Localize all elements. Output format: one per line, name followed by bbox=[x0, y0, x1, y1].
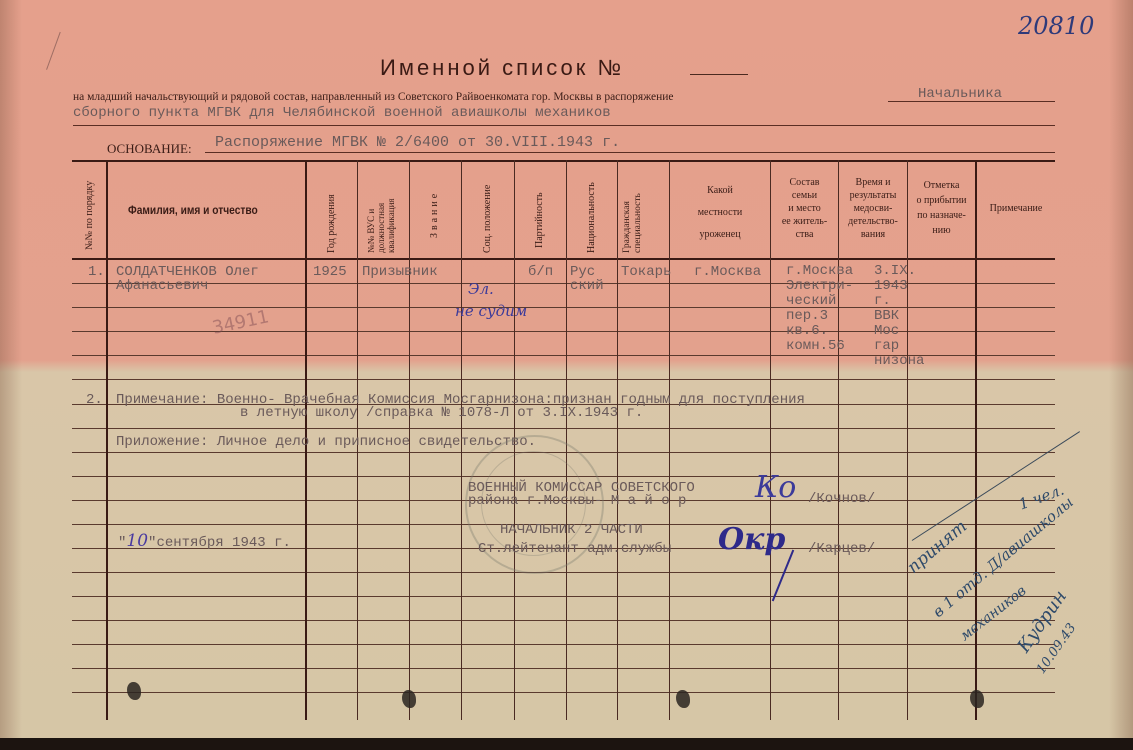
header-social: Соц. положение bbox=[482, 185, 493, 253]
chief-signature: Окр bbox=[718, 522, 785, 557]
remarks-num: 2. bbox=[86, 392, 103, 408]
cell-medical-line: 1943 bbox=[874, 279, 924, 294]
date-day: 10 bbox=[126, 531, 148, 551]
col-divider bbox=[838, 160, 839, 720]
basis-value: Распоряжение МГВК № 2/6400 от 30.VIII.19… bbox=[215, 134, 620, 151]
cell-medical-line: низона bbox=[874, 354, 924, 369]
cell-medical: 3.IX. 1943 г. ВВК Мос гар низона bbox=[874, 264, 924, 369]
header-arrival-line: о прибытии bbox=[908, 193, 975, 208]
header-family-line: ее житель- bbox=[771, 215, 838, 228]
cell-name-line2: Афанасьевич bbox=[116, 278, 208, 294]
basis-line bbox=[205, 152, 1055, 153]
cell-party: б/п bbox=[528, 264, 553, 280]
addressee-line-2 bbox=[73, 125, 1055, 126]
header-arrival: Отметка о прибытии по назначе- нию bbox=[908, 178, 975, 238]
cell-social-handwritten-1: Эл. bbox=[468, 280, 494, 298]
header-civil-spec: Гражданская специальность bbox=[622, 163, 644, 253]
cell-social-handwritten-2: не судим bbox=[455, 302, 527, 320]
header-birthplace-line: уроженец bbox=[670, 224, 770, 246]
scan-background bbox=[0, 738, 1133, 750]
cell-medical-line: г. bbox=[874, 294, 924, 309]
cell-name-pencil: 34911 bbox=[210, 306, 270, 338]
header-vus-text: №№ ВУС и должностная квалификация bbox=[366, 198, 396, 253]
header-civil-spec-text: Гражданская специальность bbox=[622, 193, 643, 253]
col-divider bbox=[770, 160, 771, 720]
header-family: Состав семьи и место ее житель- ства bbox=[771, 176, 838, 241]
chief-title-line2: Ст.лейтенант адм.службы bbox=[478, 541, 671, 557]
header-family-line: семьи bbox=[771, 189, 838, 202]
cell-medical-line: Мос bbox=[874, 324, 924, 339]
header-birthplace-line: Какой bbox=[670, 180, 770, 202]
punch-hole bbox=[970, 690, 984, 708]
header-party: Партийность bbox=[534, 192, 545, 248]
cell-civil-spec: Токарь bbox=[621, 264, 671, 280]
header-note: Примечание bbox=[976, 202, 1056, 215]
sign-date: "10"сентября 1943 г. bbox=[118, 531, 291, 551]
chief-title-line1: НАЧАЛЬНИК 2 ЧАСТИ bbox=[500, 522, 643, 538]
header-arrival-line: по назначе- bbox=[908, 208, 975, 223]
cell-birthplace: г.Москва bbox=[694, 264, 761, 280]
header-family-line: ства bbox=[771, 228, 838, 241]
cell-medical-line: 3.IX. bbox=[874, 264, 924, 279]
cell-family-line: Электри- bbox=[786, 279, 853, 294]
col-divider bbox=[617, 160, 618, 720]
header-arrival-line: Отметка bbox=[908, 178, 975, 193]
commissar-signature: Ко bbox=[755, 470, 796, 505]
header-name: Фамилия, имя и отчество bbox=[128, 203, 258, 217]
header-num: №№ по порядку bbox=[84, 181, 95, 250]
cell-vus: Призывник bbox=[362, 264, 438, 280]
punch-hole bbox=[402, 690, 416, 708]
commissar-name: /Кочнов/ bbox=[808, 491, 875, 507]
cell-family-line: г.Москва bbox=[786, 264, 853, 279]
remarks-note-line2: в летную школу /справка № 1078-Л от 3.IX… bbox=[240, 405, 643, 421]
pencil-mark bbox=[46, 32, 89, 80]
cell-nationality-2: ский bbox=[570, 278, 604, 294]
header-medical-line: медосви- bbox=[839, 202, 907, 215]
cell-family: г.Москва Электри- ческий пер.3 кв.6. ком… bbox=[786, 264, 853, 354]
header-year: Год рождения bbox=[326, 194, 337, 253]
header-birthplace-line: местности bbox=[670, 202, 770, 224]
punch-hole bbox=[676, 690, 690, 708]
paper-edge-right bbox=[1109, 0, 1133, 740]
header-vus: №№ ВУС и должностная квалификация bbox=[366, 163, 396, 253]
paper-edge-left bbox=[0, 0, 22, 740]
cell-family-line: кв.6. bbox=[786, 324, 853, 339]
addressee-part2: сборного пункта МГВК для Челябинской вое… bbox=[73, 105, 611, 121]
chief-signature-stroke bbox=[772, 550, 794, 602]
header-medical-line: результаты bbox=[839, 189, 907, 202]
header-family-line: и место bbox=[771, 202, 838, 215]
commissar-title-line2: района г.Москвы- М а й о р bbox=[468, 493, 686, 509]
punch-hole bbox=[127, 682, 141, 700]
header-arrival-line: нию bbox=[908, 223, 975, 238]
intro-text: на младший начальствующий и рядовой сост… bbox=[73, 91, 674, 103]
date-rest: "сентября 1943 г. bbox=[148, 535, 291, 551]
header-family-line: Состав bbox=[771, 176, 838, 189]
header-rank: Звание bbox=[429, 191, 440, 238]
chief-name: /Карцев/ bbox=[808, 541, 875, 557]
cell-medical-line: гар bbox=[874, 339, 924, 354]
cell-family-line: комн.56 bbox=[786, 339, 853, 354]
header-birthplace: Какой местности уроженец bbox=[670, 180, 770, 246]
basis-label: ОСНОВАНИЕ: bbox=[107, 141, 192, 157]
header-medical: Время и результаты медосви- детельство- … bbox=[839, 176, 907, 241]
cell-year: 1925 bbox=[313, 264, 347, 280]
header-medical-line: детельство- bbox=[839, 215, 907, 228]
col-divider bbox=[106, 160, 108, 720]
cell-family-line: пер.3 bbox=[786, 309, 853, 324]
document-title: Именной список № bbox=[380, 55, 624, 81]
document-page: 20810 Именной список № на младший началь… bbox=[0, 0, 1133, 740]
addressee-line bbox=[888, 101, 1055, 102]
col-divider bbox=[566, 160, 567, 720]
header-medical-line: вания bbox=[839, 228, 907, 241]
cell-num: 1. bbox=[88, 264, 105, 280]
header-medical-line: Время и bbox=[839, 176, 907, 189]
remarks-attachment: Приложение: Личное дело и приписное свид… bbox=[116, 434, 536, 450]
cell-medical-line: ВВК bbox=[874, 309, 924, 324]
header-nationality: Национальность bbox=[586, 182, 597, 253]
cell-family-line: ческий bbox=[786, 294, 853, 309]
archive-number: 20810 bbox=[1018, 12, 1094, 40]
addressee-part1: Начальника bbox=[918, 86, 1002, 102]
list-number-blank bbox=[690, 74, 748, 75]
col-divider bbox=[907, 160, 908, 720]
